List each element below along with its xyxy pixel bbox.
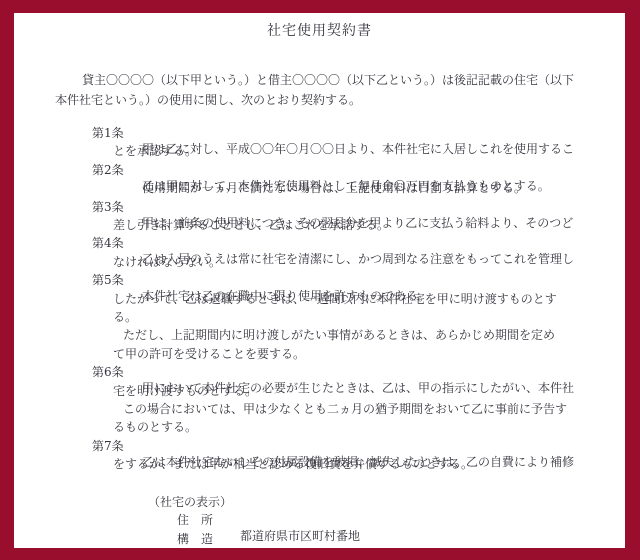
article-text: をするか、または甲が相当と認める復旧費を弁償するものとする。 [113,456,473,472]
article-line: ただし、上記期間内に明け渡しがたい事情があるときは、あらかじめ期間を定め [14,311,625,327]
article-line: 第2条 乙は甲に対して、本件社宅使用料として毎月金〇万円を支払うものとする。 [14,146,625,162]
housing-row-structure: 構 造 [14,515,625,531]
article-line: したがって、乙は退職するときは、一週間以内に本件社宅を甲に明け渡すものとす [14,275,625,291]
article-line: をするか、または甲が相当と認める復旧費を弁償するものとする。 [14,440,625,456]
intro-text: 本件社宅という。）の使用に関し、次のとおり契約する。 [55,92,361,108]
article-line: なければならない。 [14,238,625,254]
housing-row-area: 面 積 [14,534,625,548]
article-line: て甲の許可を受けることを要する。 [14,330,625,346]
article-line: 差し引き計算することとし、乙はこれを承諾する。 [14,201,625,217]
article-line: 使用期間が一ヵ月に満たない場合は、上記使用料は日割り計算とする。 [14,164,625,180]
article-line: 第1条 甲は乙に対し、平成〇〇年〇月〇〇日より、本件社宅に入居しこれを使用するこ [14,109,625,125]
housing-row-address: 住 所 都道府県市区町村番地 [14,496,625,512]
article-line: る。 [14,293,625,309]
article-line: 宅を明け渡すものとする。 [14,367,625,383]
intro-line: 本件社宅という。）の使用に関し、次のとおり契約する。 [14,76,625,92]
article-line: 第6条 甲において本件社宅の必要が生じたときは、乙は、甲の指示にしたがい、本件社 [14,348,625,364]
article-line: この場合においては、甲は少なくとも二ヵ月の猶予期間をおいて乙に事前に予告す [14,385,625,401]
article-line: 第4条 乙は入居のうえは常に社宅を清潔にし、かつ周到なる注意をもってこれを管理し [14,219,625,235]
article-line: 第7条 乙は本件社宅ないしその付属設備を破損、滅失したときは、乙の自費により補修 [14,422,625,438]
contract-page: 社宅使用契約書 貸主〇〇〇〇（以下甲という。）と借主〇〇〇〇（以下乙という。）は… [14,13,625,548]
document-frame: 社宅使用契約書 貸主〇〇〇〇（以下甲という。）と借主〇〇〇〇（以下乙という。）は… [0,0,640,560]
housing-display-heading-line: （社宅の表示） [14,478,625,494]
article-line: るものとする。 [14,403,625,419]
page-title: 社宅使用契約書 [14,20,625,40]
intro-line: 貸主〇〇〇〇（以下甲という。）と借主〇〇〇〇（以下乙という。）は後記記載の住宅（… [14,56,625,72]
article-line: とを承認する。 [14,127,625,143]
article-line: 第5条 本件社宅は乙の在職中に限り使用を許すものである。 [14,256,625,272]
article-line: 第3条 甲は、前条の使用料につき、その翌月分を甲より乙に支払う給料より、そのつど [14,183,625,199]
